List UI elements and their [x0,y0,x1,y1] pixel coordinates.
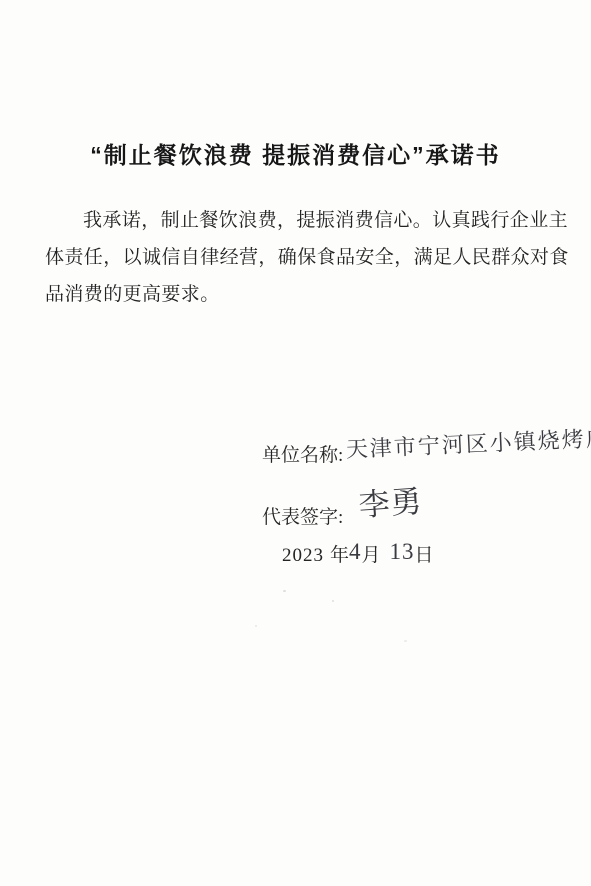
date-day-handwritten: 13 [390,539,415,565]
signature-handwritten: 李勇 [357,476,424,525]
date-year: 2023 [282,545,324,566]
representative-signature-label: 代表签字: [262,507,343,528]
unit-name-handwritten: 天津市宁河区小镇烧烤店 [345,422,591,464]
date-month-handwritten: 4 [349,539,362,565]
pledge-paragraph-line: 品消费的更高要求。 [45,276,551,313]
document-title: “制止餐饮浪费 提振消费信心”承诺书 [0,137,591,170]
scanned-document-page: “制止餐饮浪费 提振消费信心”承诺书 我承诺，制止餐饮浪费，提振消费信心。认真践… [0,0,591,886]
unit-name-label: 单位名称: [262,445,343,466]
pledge-paragraph-line: 体责任，以诚信自律经营，确保食品安全，满足人民群众对食 [45,239,551,276]
date-month-unit: 月 [362,545,381,566]
pledge-paragraph-line: 我承诺，制止餐饮浪费，提振消费信心。认真践行企业主 [45,202,551,239]
scan-noise-speck [283,590,286,592]
scan-noise-speck [332,600,334,602]
representative-signature-row: 代表签字:李勇 [262,487,423,532]
date-row: 2023年4月13日 [282,540,434,567]
pledge-paragraph: 我承诺，制止餐饮浪费，提振消费信心。认真践行企业主 体责任，以诚信自律经营，确保… [45,202,551,313]
date-day-unit: 日 [415,545,434,566]
unit-name-row: 单位名称:天津市宁河区小镇烧烤店 [262,437,591,468]
date-year-unit: 年 [330,545,349,566]
scan-noise-speck [404,640,407,642]
scan-noise-speck [255,625,257,627]
